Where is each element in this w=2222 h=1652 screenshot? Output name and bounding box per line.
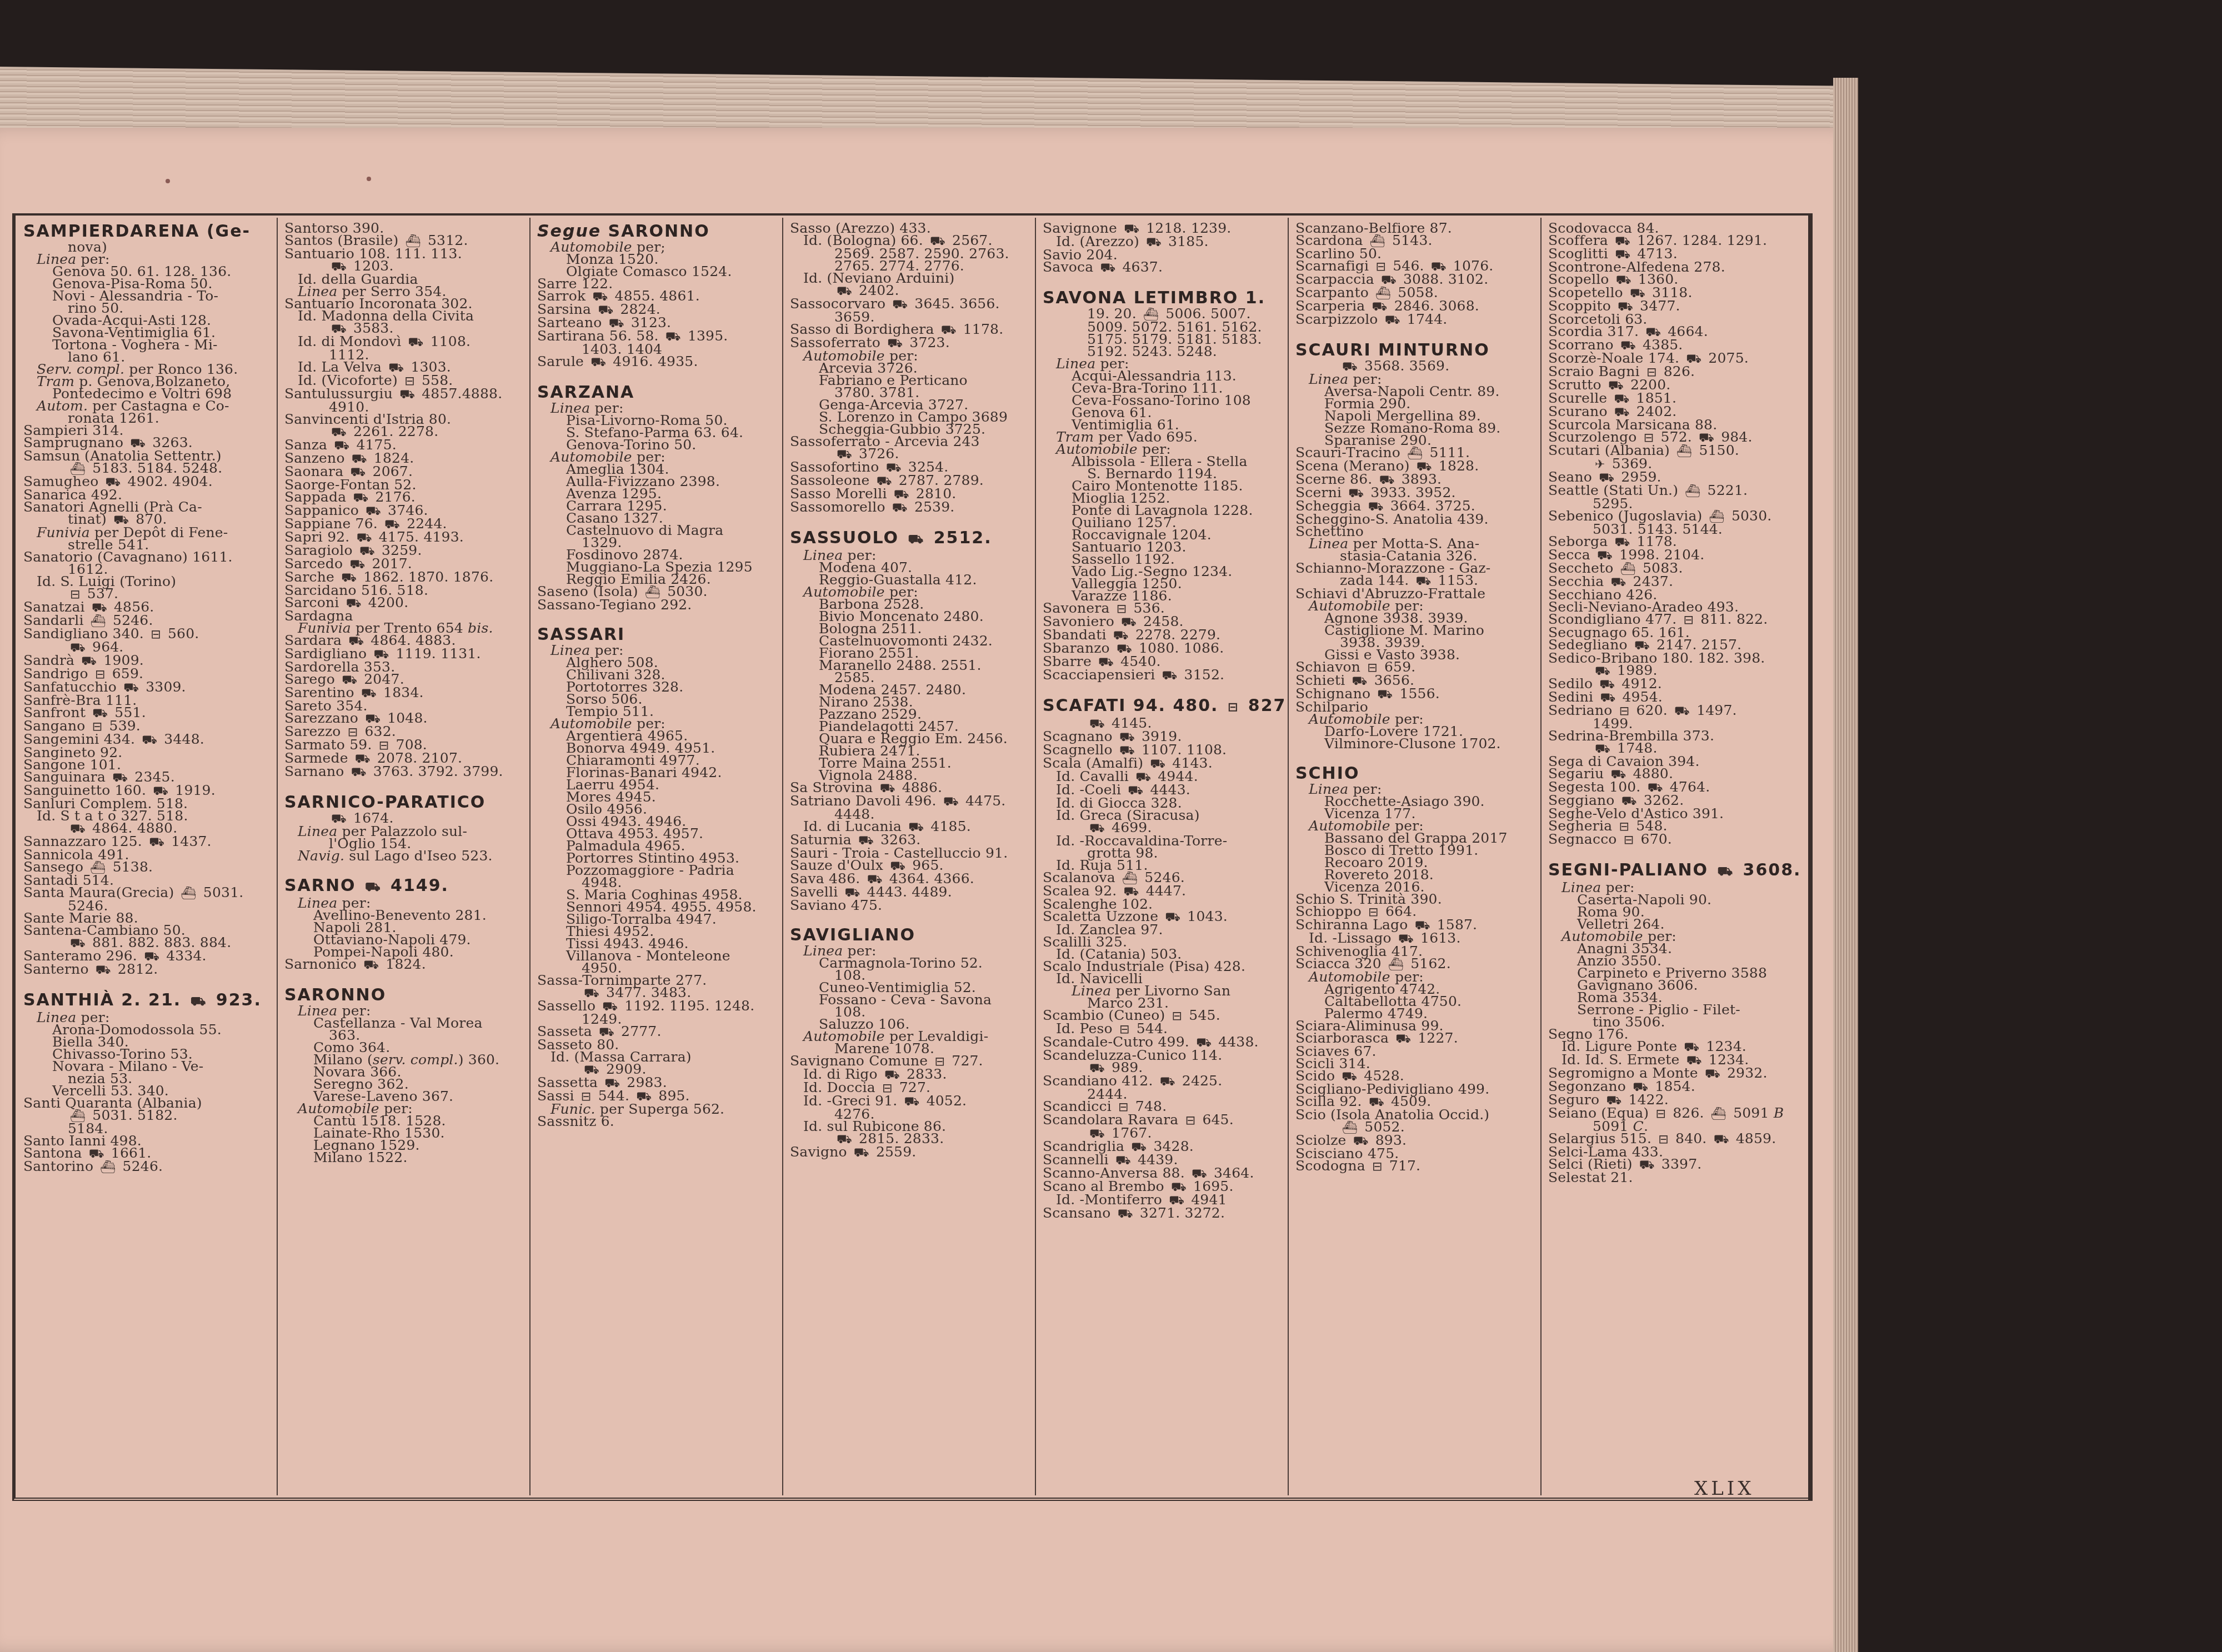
index-entry: Selestat 21.	[1548, 1172, 1804, 1184]
automobile-service-icon: ⛟	[1160, 1076, 1175, 1088]
index-column-4: Sasso (Arezzo) 433.Id. (Bologna) 66. ⛟ 2…	[783, 218, 1036, 1495]
index-entry: Pozzomaggiore - Padria	[537, 864, 778, 877]
index-entry: Sandigliano 340. ⊟ 560.	[23, 628, 272, 641]
index-entry: Sassnitz 6.	[537, 1115, 778, 1128]
index-entry: Savoca ⛟ 4637.	[1043, 261, 1283, 274]
automobile-service-icon: ⛟	[943, 796, 959, 808]
automobile-service-icon: ⛟	[365, 878, 382, 897]
tram-service-icon: ⊟	[151, 629, 161, 641]
automobile-service-icon: ⛟	[1118, 1208, 1133, 1220]
page-number: XLIX	[1694, 1478, 1754, 1500]
ship-service-icon: ⛴	[1375, 288, 1391, 300]
entry-heading: SCHIO	[1295, 764, 1536, 783]
tram-service-icon: ⊟	[1655, 1108, 1666, 1120]
index-entry: Scarpizzolo ⛟ 1744.	[1295, 313, 1536, 327]
entry-heading: SAMPIERDARENA (Ge-	[23, 222, 272, 241]
index-entry: Sarnonico ⛟ 1824.	[284, 958, 525, 972]
entry-heading: SEGNI-PALIANO ⛟ 3608.	[1548, 861, 1804, 882]
index-entry: Schianno-Morazzone - Gaz-	[1295, 562, 1536, 574]
ink-spot	[166, 179, 170, 183]
index-entry: Sedrina-Brembilla 373.	[1548, 730, 1804, 742]
index-entry: Sassocorvaro ⛟ 3645. 3656.	[790, 298, 1030, 311]
automobile-service-icon: ⛟	[1717, 863, 1734, 882]
automobile-service-icon: ⛟	[1684, 1042, 1699, 1054]
entry-heading: SARNO ⛟ 4149.	[284, 877, 525, 897]
index-entry: Scandeluzza-Cunico 114.	[1043, 1049, 1283, 1062]
automobile-service-icon: ⛟	[191, 993, 207, 1012]
automobile-service-icon: ⛟	[1113, 630, 1129, 642]
entry-heading: SCAFATI 94. 480. ⊟ 827.	[1043, 697, 1283, 717]
entry-heading: SCAURI MINTURNO	[1295, 341, 1536, 360]
automobile-service-icon: ⛟	[92, 602, 107, 614]
index-entry: Castellanza - Val Morea	[284, 1017, 525, 1029]
ship-service-icon: ⛴	[100, 1162, 116, 1174]
index-entry: Santulussurgiu ⛟ 4857.4888.	[284, 388, 525, 401]
index-entry: ⛴ 5031. 5182.	[23, 1109, 272, 1123]
automobile-service-icon: ⛟	[1714, 1134, 1729, 1146]
index-column-1: SAMPIERDARENA (Ge-nova)Linea per:Genova …	[17, 218, 278, 1495]
tram-service-icon: ⊟	[1372, 1161, 1383, 1173]
automobile-service-icon: ⛟	[1385, 314, 1400, 327]
index-entry: Sarnano ⛟ 3763. 3792. 3799.	[284, 765, 525, 779]
book-page-edges-side	[1833, 78, 1858, 1652]
automobile-service-icon: ⛟	[142, 734, 157, 747]
index-entry: Sassano-Tegiano 292.	[537, 599, 778, 611]
italic-label: B	[1774, 1105, 1784, 1121]
index-entry: Scutari (Albania) ⛴ 5150.	[1548, 444, 1804, 458]
automobile-service-icon: ⛟	[1146, 237, 1162, 249]
entry-heading: Segue SARONNO	[537, 222, 778, 241]
automobile-service-icon: ⛟	[352, 453, 367, 465]
index-entry: Id. -Greci 91. ⛟ 4052.	[790, 1095, 1030, 1108]
tram-service-icon: ⊟	[404, 376, 415, 388]
index-entry: Novara - Milano - Ve-	[23, 1060, 272, 1073]
index-entry: Seattle (Stati Un.) ⛴ 5221.	[1548, 484, 1804, 498]
index-entry: Fossano - Ceva - Savona	[790, 994, 1030, 1006]
entry-heading: SASSUOLO ⛟ 2512.	[790, 529, 1030, 549]
automobile-service-icon: ⛟	[399, 389, 415, 401]
automobile-service-icon: ⛟	[149, 837, 164, 849]
index-entry: Scandolara Ravara ⊟ 645.	[1043, 1114, 1283, 1127]
index-entry: Navig. sul Lago d'Iseo 523.	[284, 850, 525, 862]
automobile-service-icon: ⛟	[1119, 732, 1135, 744]
automobile-service-icon: ⛟	[1165, 912, 1180, 924]
ship-service-icon: ⛴	[1676, 445, 1692, 458]
index-entry: Id. S. Luigi (Torino)	[23, 575, 272, 588]
index-entry: Santuario 108. 111. 113.	[284, 248, 525, 260]
tram-service-icon: ⊟	[1185, 1115, 1196, 1127]
automobile-service-icon: ⛟	[892, 299, 908, 311]
index-entry: Saviano 475.	[790, 899, 1030, 912]
automobile-service-icon: ⛟	[908, 530, 925, 549]
index-entry: Villanova - Monteleone	[537, 950, 778, 962]
index-entry: Tortona - Voghera - Mi-	[23, 339, 272, 351]
index-entry: Scodogna ⊟ 717.	[1295, 1160, 1536, 1173]
italic-label: bis.	[468, 620, 493, 636]
index-column-5: Savignone ⛟ 1218. 1239.Id. (Arezzo) ⛟ 31…	[1036, 218, 1289, 1495]
automobile-service-icon: ⛟	[1171, 1182, 1187, 1194]
index-entry: Sedriano ⊟ 620. ⛟ 1497.	[1548, 704, 1804, 718]
automobile-service-icon: ⛟	[1395, 1033, 1411, 1045]
index-entry: Maranello 2488. 2551.	[790, 659, 1030, 672]
automobile-service-icon: ⛟	[590, 357, 606, 369]
index-column-3: Segue SARONNOAutomobile per;Monza 1520.O…	[531, 218, 783, 1495]
automobile-service-icon: ⛟	[1705, 1068, 1720, 1080]
automobile-service-icon: ⛟	[1377, 689, 1393, 701]
automobile-service-icon: ⛟	[894, 489, 909, 501]
index-entry: Serrone - Piglio - Filet-	[1548, 1004, 1804, 1016]
automobile-service-icon: ⛟	[1162, 670, 1178, 682]
ship-service-icon: ⛴	[181, 888, 197, 900]
index-entry: Sassello ⛟ 1192. 1195. 1248.	[537, 1000, 778, 1013]
entry-heading: SANTHIÀ 2. 21. ⛟ 923.	[23, 991, 272, 1012]
entry-heading: SASSARI	[537, 625, 778, 644]
automobile-service-icon: ⛟	[96, 964, 111, 977]
automobile-service-icon: ⛟	[892, 502, 908, 514]
index-entry: Id. Greca (Siracusa)	[1043, 809, 1283, 822]
automobile-service-icon: ⛟	[363, 959, 379, 972]
index-column-2: Santorso 390.Santos (Brasile) ⛴ 5312.San…	[278, 218, 531, 1495]
italic-label: Segue	[537, 222, 601, 241]
automobile-service-icon: ⛟	[355, 753, 371, 765]
tram-service-icon: ⊟	[1172, 1010, 1183, 1023]
index-column-6: Scanzano-Belfiore 87.Scardona ⛴ 5143.Sca…	[1289, 218, 1542, 1495]
automobile-service-icon: ⛟	[1100, 262, 1115, 274]
tram-service-icon: ⊟	[1228, 698, 1239, 717]
index-entry: Santorino ⛴ 5246.	[23, 1160, 272, 1174]
italic-label: Navig.	[298, 848, 344, 864]
automobile-service-icon: ⛟	[351, 767, 367, 779]
automobile-service-icon: ⛟	[1599, 679, 1615, 691]
index-entry: Castelnuovo di Magra	[537, 524, 778, 537]
entry-heading: SAVIGLIANO	[790, 926, 1030, 945]
ship-service-icon: ⛴	[1122, 873, 1138, 885]
automobile-service-icon: ⛟	[854, 1147, 869, 1159]
automobile-service-icon: ⛟	[1614, 393, 1630, 406]
index-entry: Santa Maura(Grecia) ⛴ 5031.	[23, 887, 272, 900]
automobile-service-icon: ⛟	[665, 331, 681, 343]
index-entry: Sassomorello ⛟ 2539.	[790, 501, 1030, 514]
index-entry: Scacciapensieri ⛟ 3152.	[1043, 669, 1283, 682]
index-entry: Id. (Neviano Arduini)	[790, 272, 1030, 284]
index-entry: Segnacco ⊟ 670.	[1548, 833, 1804, 847]
index-entry: Milano 1522.	[284, 1152, 525, 1164]
index-entry: Id. -Roccavaldina-Torre-	[1043, 835, 1283, 847]
index-entry: Vilminore-Clusone 1702.	[1295, 738, 1536, 750]
ink-spot	[367, 177, 371, 181]
index-entry: Carmagnola-Torino 52.	[790, 957, 1030, 969]
tram-service-icon: ⊟	[1624, 834, 1634, 847]
entry-heading: SAVONA LETIMBRO 1.	[1043, 289, 1283, 308]
index-entry: Id. di Mondovì ⛟ 1108.	[284, 336, 525, 349]
automobile-service-icon: ⛟	[357, 532, 372, 544]
index-entry: Seiano (Equa) ⊟ 826. ⛴ 5091 B	[1548, 1107, 1804, 1120]
index-entry: Santerno ⛟ 2812.	[23, 963, 272, 977]
index-entry: Sedico-Bribano 180. 182. 398.	[1548, 652, 1804, 664]
automobile-service-icon: ⛟	[1674, 705, 1690, 718]
index-entry: Satriano Davoli 496. ⛟ 4475.	[790, 795, 1030, 808]
index-entry: Sarule ⛟ 4916. 4935.	[537, 356, 778, 369]
index-entry: Scio (Isola Anatolia Occid.)	[1295, 1109, 1536, 1121]
index-entry: Id. Madonna della Civita	[284, 310, 525, 322]
index-entry: Scandiano 412. ⛟ 2425.	[1043, 1075, 1283, 1088]
entry-heading: SARZANA	[537, 383, 778, 402]
index-entry: Sassoferrato - Arcevia 243	[790, 435, 1030, 448]
index-columns: SAMPIERDARENA (Ge-nova)Linea per:Genova …	[17, 218, 1808, 1495]
automobile-service-icon: ⛟	[1615, 236, 1630, 248]
index-entry: Id. (Massa Carrara)	[537, 1051, 778, 1063]
automobile-service-icon: ⛟	[1639, 1159, 1655, 1172]
index-frame-right-rule	[1808, 213, 1813, 1501]
index-column-7: Scodovacca 84.Scoffera ⛟ 1267. 1284. 129…	[1542, 218, 1808, 1495]
entry-heading: SARONNO	[284, 986, 525, 1005]
index-entry: Savigno ⛟ 2559.	[790, 1146, 1030, 1159]
entry-heading: SARNICO-PARATICO	[284, 793, 525, 812]
automobile-service-icon: ⛟	[331, 427, 347, 439]
ship-service-icon: ⛴	[1711, 1108, 1726, 1120]
index-entry: Sanatorio (Cavagnano) 1611.	[23, 551, 272, 563]
automobile-service-icon: ⛟	[408, 337, 424, 349]
index-entry: Scansano ⛟ 3271. 3272.	[1043, 1207, 1283, 1220]
automobile-service-icon: ⛟	[904, 1096, 920, 1108]
automobile-service-icon: ⛟	[1595, 665, 1610, 678]
index-entry: Novi - Alessandria - To-	[23, 290, 272, 302]
ship-service-icon: ⛴	[1685, 485, 1700, 498]
